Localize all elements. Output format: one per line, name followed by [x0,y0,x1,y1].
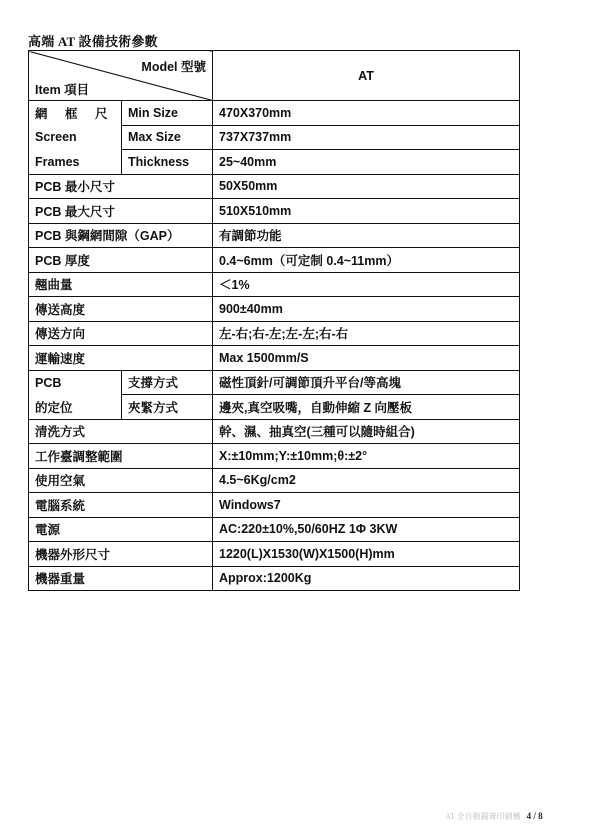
model-value-header: AT [213,51,520,101]
table-row: 使用空氣4.5~6Kg/cm2 [29,468,520,493]
table-row: PCB 支撐方式 磁性頂針/可調節頂升平台/等高塊 [29,370,520,395]
page-footer: AT 全自動錫膏印刷機 4 / 8 [445,811,543,822]
spec-value: Max 1500mm/S [213,346,520,371]
diagonal-header-cell: Model 型號 Item 項目 [29,51,213,101]
item-label: PCB 最小尺寸 [29,174,213,199]
spec-value: 磁性頂針/可調節頂升平台/等高塊 [213,370,520,395]
table-row: 傳送方向左-右;右-左;左-左;右-右 [29,321,520,346]
table-row: 機器重量Approx:1200Kg [29,566,520,591]
item-label: 使用空氣 [29,468,213,493]
item-label: 機器外形尺寸 [29,542,213,567]
table-row: PCB 厚度0.4~6mm（可定制 0.4~11mm） [29,248,520,273]
table-row: Screen Max Size 737X737mm [29,125,520,150]
spec-value: 左-右;右-左;左-左;右-右 [213,321,520,346]
item-label: 工作臺調整範圍 [29,444,213,469]
table-row: 電源AC:220±10%,50/60HZ 1Φ 3KW [29,517,520,542]
table-row: 傳送高度900±40mm [29,297,520,322]
model-header-label: Model 型號 [141,57,206,75]
screen-frames-label-en: Frames [29,150,122,175]
screen-frames-label-en: Screen [29,125,122,150]
spec-value: 737X737mm [213,125,520,150]
spec-value: 900±40mm [213,297,520,322]
spec-value: 1220(L)X1530(W)X1500(H)mm [213,542,520,567]
spec-value: Windows7 [213,493,520,518]
pcb-positioning-label: 的定位 [29,395,122,420]
footer-doc-name: AT 全自動錫膏印刷機 [445,812,521,821]
sub-item-label: 夾緊方式 [122,395,213,420]
spec-value: 0.4~6mm（可定制 0.4~11mm） [213,248,520,273]
table-row: 工作臺調整範圍X:±10mm;Y:±10mm;θ:±2° [29,444,520,469]
item-header-label: Item 項目 [35,80,89,98]
table-row: 清洗方式幹、濕、抽真空(三種可以隨時組合) [29,419,520,444]
spec-value: 470X370mm [213,101,520,126]
spec-value: 幹、濕、抽真空(三種可以隨時組合) [213,419,520,444]
item-label: 翹曲量 [29,272,213,297]
page-number: 4 / 8 [527,811,543,821]
item-label: 運輸速度 [29,346,213,371]
spec-value: ＜1% [213,272,520,297]
pcb-positioning-label: PCB [29,370,122,395]
spec-value: 25~40mm [213,150,520,175]
item-label: PCB 厚度 [29,248,213,273]
table-row: Frames Thickness 25~40mm [29,150,520,175]
table-row: PCB 最大尺寸510X510mm [29,199,520,224]
spec-value: 有調節功能 [213,223,520,248]
item-label: 傳送高度 [29,297,213,322]
item-label: 傳送方向 [29,321,213,346]
table-row: 的定位 夾緊方式 邊夾,真空吸嘴，自動伸縮 Z 向壓板 [29,395,520,420]
spec-table: Model 型號 Item 項目 AT 網 框 尺 寸 Min Size 470… [28,50,520,591]
item-label: 清洗方式 [29,419,213,444]
spec-value: 510X510mm [213,199,520,224]
screen-frames-label-zh: 網 框 尺 寸 [29,101,122,126]
item-label: PCB 與鋼網間隙（GAP） [29,223,213,248]
sub-item-label: 支撐方式 [122,370,213,395]
table-row: 運輸速度Max 1500mm/S [29,346,520,371]
item-label: PCB 最大尺寸 [29,199,213,224]
spec-value: 4.5~6Kg/cm2 [213,468,520,493]
spec-value: Approx:1200Kg [213,566,520,591]
document-title: 高端 AT 設備技術參數 [28,31,158,50]
spec-value: AC:220±10%,50/60HZ 1Φ 3KW [213,517,520,542]
sub-item-label: Thickness [122,150,213,175]
item-label: 電腦系統 [29,493,213,518]
sub-item-label: Max Size [122,125,213,150]
sub-item-label: Min Size [122,101,213,126]
item-label: 機器重量 [29,566,213,591]
spec-value: 50X50mm [213,174,520,199]
table-row: 網 框 尺 寸 Min Size 470X370mm [29,101,520,126]
table-row: PCB 與鋼網間隙（GAP）有調節功能 [29,223,520,248]
table-header-row: Model 型號 Item 項目 AT [29,51,520,101]
spec-value: 邊夾,真空吸嘴，自動伸縮 Z 向壓板 [213,395,520,420]
item-label: 電源 [29,517,213,542]
table-row: PCB 最小尺寸50X50mm [29,174,520,199]
table-row: 翹曲量＜1% [29,272,520,297]
table-row: 電腦系統Windows7 [29,493,520,518]
table-row: 機器外形尺寸1220(L)X1530(W)X1500(H)mm [29,542,520,567]
spec-value: X:±10mm;Y:±10mm;θ:±2° [213,444,520,469]
